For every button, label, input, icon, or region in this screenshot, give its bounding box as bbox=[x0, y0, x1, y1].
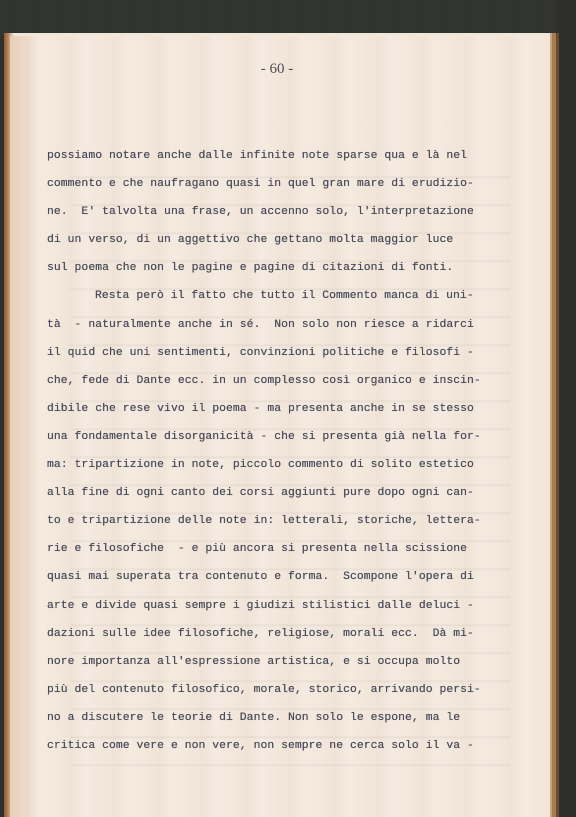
text-line: rie e filosofiche - e più ancora si pres… bbox=[47, 535, 517, 563]
typewritten-page: - 60 - possiamo notare anche dalle infin… bbox=[10, 36, 544, 817]
page-number: - 60 - bbox=[10, 61, 544, 78]
text-line: tà - naturalmente anche in sé. Non solo … bbox=[47, 311, 517, 339]
text-line: di un verso, di un aggettivo che gettano… bbox=[47, 226, 517, 254]
text-line: che, fede di Dante ecc. in un complesso … bbox=[47, 367, 517, 395]
text-line: ne. E' talvolta una frase, un accenno so… bbox=[47, 198, 517, 226]
text-line: no a discutere le teorie di Dante. Non s… bbox=[47, 704, 517, 732]
text-line: alla fine di ogni canto dei corsi aggiun… bbox=[47, 479, 517, 507]
text-line: dazioni sulle idee filosofiche, religios… bbox=[47, 620, 517, 648]
text-line: il quid che uni sentimenti, convinzioni … bbox=[47, 339, 517, 367]
text-line: ma: tripartizione in note, piccolo comme… bbox=[47, 451, 517, 479]
paragraph-2: Resta però il fatto che tutto il Comment… bbox=[47, 282, 517, 760]
paragraph-1: possiamo notare anche dalle infinite not… bbox=[47, 142, 517, 282]
scan-backdrop-right bbox=[556, 0, 576, 817]
text-line: possiamo notare anche dalle infinite not… bbox=[47, 142, 517, 170]
scan-backdrop-top bbox=[0, 0, 576, 36]
text-line: to e tripartizione delle note in: letter… bbox=[47, 507, 517, 535]
text-line: dibile che rese vivo il poema - ma prese… bbox=[47, 395, 517, 423]
text-line: quasi mai superata tra contenuto e forma… bbox=[47, 563, 517, 591]
text-line: più del contenuto filosofico, morale, st… bbox=[47, 676, 517, 704]
text-line: sul poema che non le pagine e pagine di … bbox=[47, 254, 517, 282]
text-line: arte e divide quasi sempre i giudizi sti… bbox=[47, 592, 517, 620]
text-line: critica come vere e non vere, non sempre… bbox=[47, 732, 517, 760]
body-text: possiamo notare anche dalle infinite not… bbox=[47, 142, 517, 760]
text-line: nore importanza all'espressione artistic… bbox=[47, 648, 517, 676]
text-line: Resta però il fatto che tutto il Comment… bbox=[47, 282, 517, 310]
text-line: una fondamentale disorganicità - che si … bbox=[47, 423, 517, 451]
text-line: commento e che naufragano quasi in quel … bbox=[47, 170, 517, 198]
